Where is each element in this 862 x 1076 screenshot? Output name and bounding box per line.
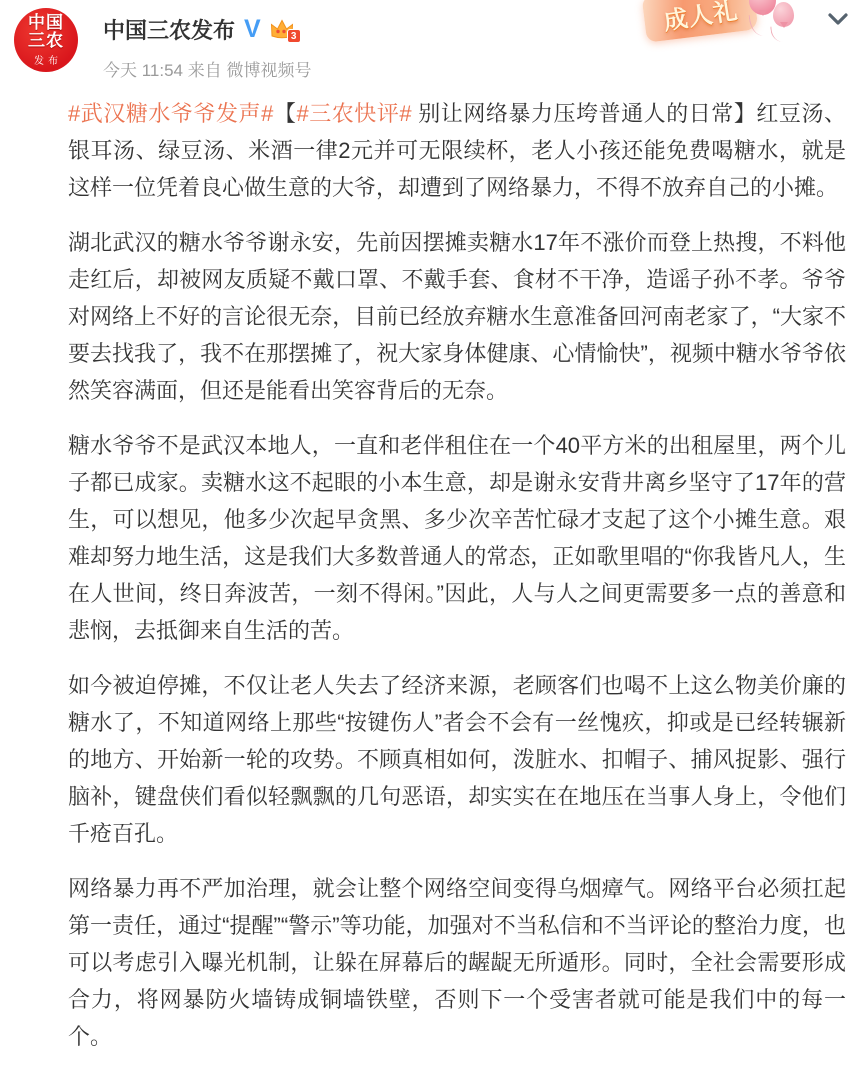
- source-prefix: 来自: [188, 61, 222, 80]
- weibo-post: 成人礼 中国 三农 发布 中国三农发布 V: [0, 0, 862, 1076]
- post-meta: 今天 11:54 来自 微博视频号: [103, 56, 311, 81]
- hashtag-link-wuhan-tangshui[interactable]: #武汉糖水爷爷发声#: [68, 101, 273, 126]
- user-block: 中国三农发布 V 3 今天 11:54 来自 微博视频号: [103, 14, 311, 81]
- source-link[interactable]: 微博视频号: [226, 61, 311, 80]
- post-paragraph: 网络暴力再不严加治理，就会让整个网络空间变得乌烟瘴气。网络平台必须扛起第一责任，…: [68, 870, 846, 1055]
- avatar-text: 发布: [30, 52, 62, 67]
- post-paragraph: 糖水爷爷不是武汉本地人，一直和老伴租住在一个40平方米的出租屋里，两个儿子都已成…: [68, 427, 846, 649]
- verified-badge-icon: V: [244, 17, 261, 42]
- post-paragraph: 如今被迫停摊，不仅让老人失去了经济来源，老顾客们也喝不上这么物美价廉的糖水了，不…: [68, 667, 846, 852]
- vip-crown-icon[interactable]: 3: [269, 16, 299, 43]
- vip-level-badge: 3: [287, 29, 301, 43]
- hashtag-link-sannong-kuaiping[interactable]: #三农快评#: [296, 101, 411, 126]
- post-paragraph: #武汉糖水爷爷发声#【#三农快评# 别让网络暴力压垮普通人的日常】红豆汤、银耳汤…: [68, 95, 846, 206]
- post-content: #武汉糖水爷爷发声#【#三农快评# 别让网络暴力压垮普通人的日常】红豆汤、银耳汤…: [0, 86, 862, 1055]
- timestamp: 今天 11:54: [103, 61, 183, 80]
- avatar-text: 中国: [28, 14, 64, 32]
- username[interactable]: 中国三农发布: [103, 14, 235, 45]
- avatar-text: 三农: [28, 32, 64, 50]
- post-paragraph: 湖北武汉的糖水爷爷谢永安，先前因摆摊卖糖水17年不涨价而登上热搜，不料他走红后，…: [68, 224, 846, 409]
- post-header: 中国 三农 发布 中国三农发布 V 3 今天 11:54 来自: [0, 0, 862, 86]
- avatar[interactable]: 中国 三农 发布: [14, 8, 78, 72]
- paragraph-text: 【: [273, 101, 296, 126]
